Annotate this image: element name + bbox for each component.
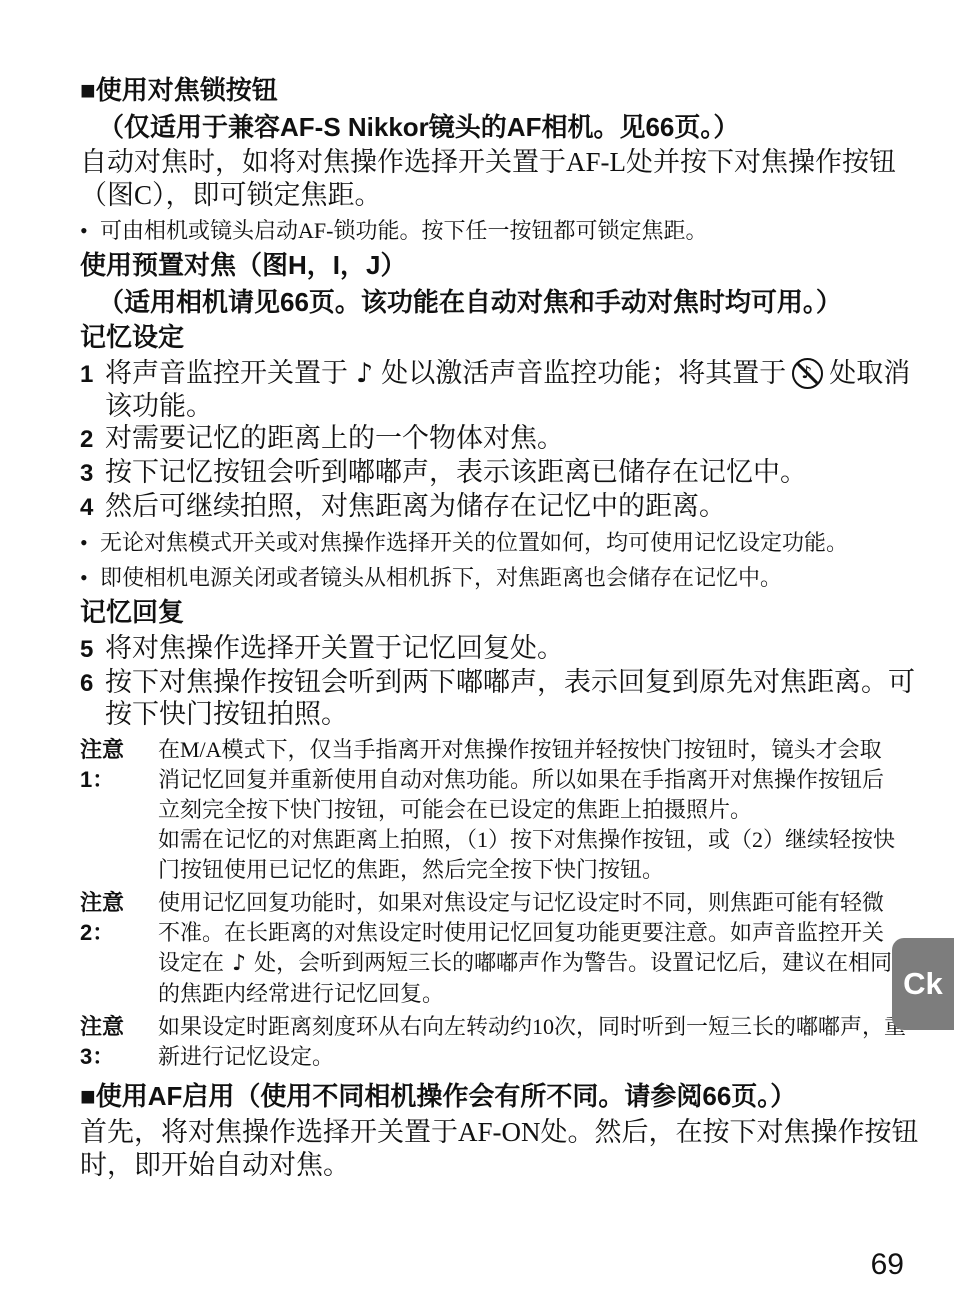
music-note-icon: ♪ bbox=[232, 951, 246, 976]
bullet-text: 即使相机电源关闭或者镜头从相机拆下，对焦距离也会储存在记忆中。 bbox=[100, 562, 782, 594]
text-line: 的焦距内经常进行记忆回复。 bbox=[158, 979, 892, 1009]
text-line: 按下对焦操作按钮会听到两下嘟嘟声，表示回复到原先对焦距离。可 bbox=[105, 667, 915, 697]
heading-focus-lock: ■使用对焦锁按钮 bbox=[80, 74, 898, 106]
text-line: 自动对焦时，如将对焦操作选择开关置于AF-L处并按下对焦操作按钮 bbox=[80, 146, 898, 179]
text-line: 如果设定时距离刻度环从右向左转动约10次，同时听到一短三长的嘟嘟声，重 bbox=[158, 1012, 906, 1042]
step-number: 3 bbox=[80, 456, 105, 490]
text-line: 时，即开始自动对焦。 bbox=[80, 1149, 898, 1182]
step-2: 2 对需要记忆的距离上的一个物体对焦。 bbox=[80, 422, 898, 456]
step-text: 按下对焦操作按钮会听到两下嘟嘟声，表示回复到原先对焦距离。可 按下快门按钮拍照。 bbox=[105, 666, 915, 730]
bullet-dot: • bbox=[80, 215, 100, 247]
step-text: 将声音监控开关置于♪处以激活声音监控功能；将其置于♪处取消 该功能。 bbox=[105, 357, 910, 422]
music-note-off-icon: ♪ bbox=[792, 358, 823, 389]
step-3: 3 按下记忆按钮会听到嘟嘟声，表示该距离已储存在记忆中。 bbox=[80, 456, 898, 490]
step-text: 对需要记忆的距离上的一个物体对焦。 bbox=[105, 422, 564, 456]
text-segment: 处取消 bbox=[829, 358, 910, 388]
step-6: 6 按下对焦操作按钮会听到两下嘟嘟声，表示回复到原先对焦距离。可 按下快门按钮拍… bbox=[80, 666, 898, 730]
manual-page: ■使用对焦锁按钮 （仅适用于兼容AF-S Nikkor镜头的AF相机。见66页。… bbox=[0, 0, 954, 1314]
text-line: 门按钮使用已记忆的焦距，然后完全按下快门按钮。 bbox=[158, 855, 895, 885]
bullet-text: 无论对焦模式开关或对焦操作选择开关的位置如何，均可使用记忆设定功能。 bbox=[100, 527, 848, 559]
step-number: 5 bbox=[80, 632, 105, 666]
note-content: 在M/A模式下，仅当手指离开对焦操作按钮并轻按快门按钮时，镜头才会取 消记忆回复… bbox=[158, 735, 895, 885]
text-line: 如需在记忆的对焦距离上拍照，（1）按下对焦操作按钮，或（2）继续轻按快 bbox=[158, 825, 895, 855]
bullet-dot: • bbox=[80, 562, 100, 594]
note-1: 注意1： 在M/A模式下，仅当手指离开对焦操作按钮并轻按快门按钮时，镜头才会取 … bbox=[80, 735, 898, 885]
text-line: 设定在♪处，会听到两短三长的嘟嘟声作为警告。设置记忆后，建议在相同 bbox=[158, 948, 892, 979]
bullet-dot: • bbox=[80, 527, 100, 559]
note-content: 使用记忆回复功能时，如果对焦设定与记忆设定时不同，则焦距可能有轻微 不准。在长距… bbox=[158, 888, 892, 1009]
chapter-index-tab: Ck bbox=[892, 938, 954, 1030]
text-line: 立刻完全按下快门按钮，可能会在已设定的焦距上拍摄照片。 bbox=[158, 795, 895, 825]
memory-recall-steps: 5 将对焦操作选择开关置于记忆回复处。 6 按下对焦操作按钮会听到两下嘟嘟声，表… bbox=[80, 632, 898, 730]
text-segment: 设定在 bbox=[158, 950, 224, 975]
text-segment: 处，会听到两短三长的嘟嘟声作为警告。设置记忆后，建议在相同 bbox=[254, 950, 892, 975]
step-number: 6 bbox=[80, 666, 105, 730]
text-line: 不准。在长距离的对焦设定时使用记忆回复功能更要注意。如声音监控开关 bbox=[158, 918, 892, 948]
note-content: 如果设定时距离刻度环从右向左转动约10次，同时听到一短三长的嘟嘟声，重 新进行记… bbox=[158, 1012, 906, 1072]
step-number: 1 bbox=[80, 357, 105, 422]
subheading-preset-focus: （适用相机请见66页。该功能在自动对焦和手动对焦时均可用。） bbox=[80, 285, 898, 319]
heading-preset-focus: 使用预置对焦（图H，I，J） bbox=[80, 249, 898, 281]
bullet-item: • 可由相机或镜头启动AF-锁功能。按下任一按钮都可锁定焦距。 bbox=[80, 215, 898, 247]
text-line: 新进行记忆设定。 bbox=[158, 1042, 906, 1072]
text-segment: 处以激活声音监控功能；将其置于 bbox=[381, 358, 786, 388]
note-label: 注意3： bbox=[80, 1012, 158, 1072]
text-line: 该功能。 bbox=[105, 391, 213, 421]
music-note-icon: ♪ bbox=[356, 358, 373, 389]
text-line: （图C），即可锁定焦距。 bbox=[80, 179, 898, 212]
step-text: 将对焦操作选择开关置于记忆回复处。 bbox=[105, 632, 564, 666]
note-3: 注意3： 如果设定时距离刻度环从右向左转动约10次，同时听到一短三长的嘟嘟声，重… bbox=[80, 1012, 898, 1072]
text-line: 在M/A模式下，仅当手指离开对焦操作按钮并轻按快门按钮时，镜头才会取 bbox=[158, 735, 895, 765]
text-segment: 将声音监控开关置于 bbox=[105, 358, 348, 388]
heading-memory-recall: 记忆回复 bbox=[80, 596, 898, 628]
text-line: 使用记忆回复功能时，如果对焦设定与记忆设定时不同，则焦距可能有轻微 bbox=[158, 888, 892, 918]
step-1: 1 将声音监控开关置于♪处以激活声音监控功能；将其置于♪处取消 该功能。 bbox=[80, 357, 898, 422]
focus-lock-paragraph: 自动对焦时，如将对焦操作选择开关置于AF-L处并按下对焦操作按钮 （图C），即可… bbox=[80, 146, 898, 212]
step-number: 4 bbox=[80, 490, 105, 524]
step-4: 4 然后可继续拍照，对焦距离为储存在记忆中的距离。 bbox=[80, 490, 898, 524]
memory-set-steps: 1 将声音监控开关置于♪处以激活声音监控功能；将其置于♪处取消 该功能。 2 对… bbox=[80, 357, 898, 524]
text-line: 首先，将对焦操作选择开关置于AF-ON处。然后，在按下对焦操作按钮 bbox=[80, 1116, 898, 1149]
bullet-item: • 无论对焦模式开关或对焦操作选择开关的位置如何，均可使用记忆设定功能。 bbox=[80, 527, 898, 559]
step-text: 然后可继续拍照，对焦距离为储存在记忆中的距离。 bbox=[105, 490, 726, 524]
bullet-item: • 即使相机电源关闭或者镜头从相机拆下，对焦距离也会储存在记忆中。 bbox=[80, 562, 898, 594]
note-2: 注意2： 使用记忆回复功能时，如果对焦设定与记忆设定时不同，则焦距可能有轻微 不… bbox=[80, 888, 898, 1009]
step-5: 5 将对焦操作选择开关置于记忆回复处。 bbox=[80, 632, 898, 666]
note-label: 注意1： bbox=[80, 735, 158, 885]
bullet-text: 可由相机或镜头启动AF-锁功能。按下任一按钮都可锁定焦距。 bbox=[100, 215, 707, 247]
heading-memory-set: 记忆设定 bbox=[80, 321, 898, 353]
af-on-paragraph: 首先，将对焦操作选择开关置于AF-ON处。然后，在按下对焦操作按钮 时，即开始自… bbox=[80, 1116, 898, 1182]
notes-block: 注意1： 在M/A模式下，仅当手指离开对焦操作按钮并轻按快门按钮时，镜头才会取 … bbox=[80, 735, 898, 1072]
text-line: 消记忆回复并重新使用自动对焦功能。所以如果在手指离开对焦操作按钮后 bbox=[158, 765, 895, 795]
subheading-focus-lock: （仅适用于兼容AF-S Nikkor镜头的AF相机。见66页。） bbox=[80, 110, 898, 144]
step-text: 按下记忆按钮会听到嘟嘟声，表示该距离已储存在记忆中。 bbox=[105, 456, 807, 490]
step-number: 2 bbox=[80, 422, 105, 456]
note-label: 注意2： bbox=[80, 888, 158, 1009]
page-number: 69 bbox=[871, 1248, 904, 1282]
text-line: 按下快门按钮拍照。 bbox=[105, 699, 348, 729]
heading-af-on: ■使用AF启用（使用不同相机操作会有所不同。请参阅66页。） bbox=[80, 1080, 898, 1112]
